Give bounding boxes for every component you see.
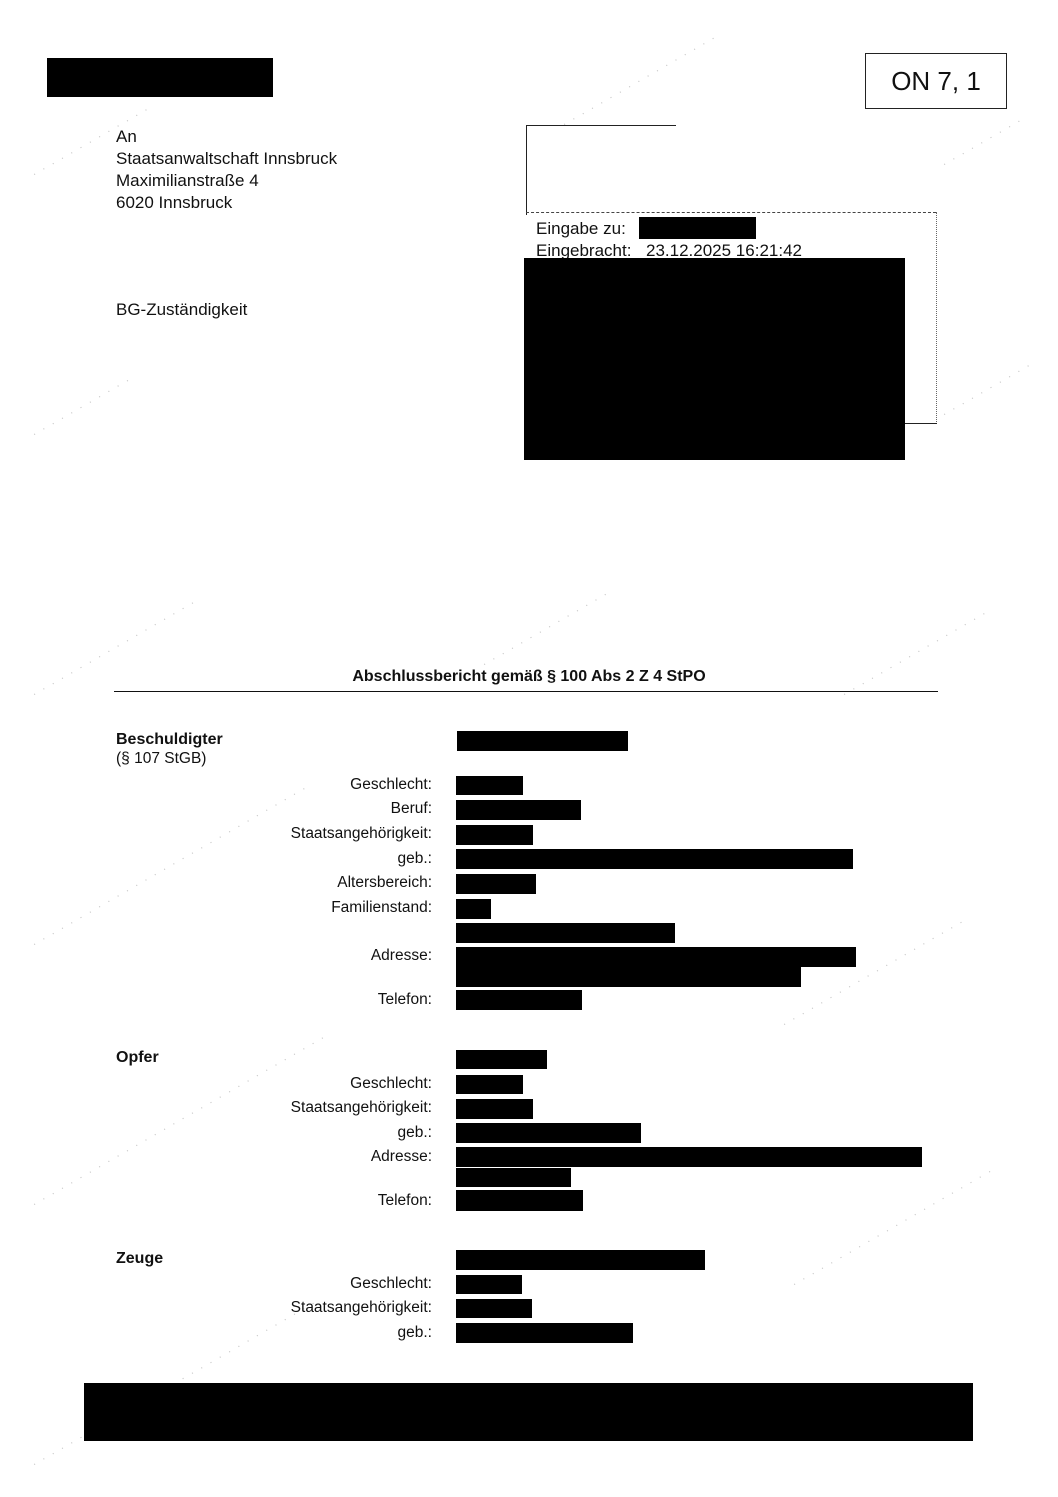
- watermark: · · · · · · · · · · · · · · · ·: [840, 607, 990, 701]
- ordnungsnummer-box: ON 7, 1: [865, 53, 1007, 109]
- stamp-eingabe-label: Eingabe zu:: [536, 218, 626, 239]
- watermark: · · · · · · · · · ·: [940, 359, 1034, 420]
- field-value-redaction: [456, 874, 536, 894]
- field-value-redaction: [456, 849, 853, 869]
- field-label: Geschlecht:: [102, 1274, 432, 1294]
- watermark: · · · · · · · · · · · · · · · · · · · ·: [780, 915, 967, 1030]
- field-label: Telefon:: [102, 990, 432, 1010]
- title-rule: [114, 691, 938, 692]
- field-value-redaction: [456, 825, 533, 845]
- field-value-redaction: [456, 947, 856, 967]
- watermark: · · · · · · · · · · · · · · · · ·: [560, 31, 719, 130]
- section-subheading-beschuldigter: (§ 107 StGB): [116, 750, 206, 768]
- section-heading-opfer: Opfer: [116, 1049, 159, 1067]
- stamp-frame: [526, 125, 676, 126]
- recipient-name: Staatsanwaltschaft Innsbruck: [116, 148, 337, 169]
- field-value-redaction: [456, 800, 581, 820]
- section-heading-beschuldigter: Beschuldigter: [116, 731, 223, 749]
- report-title: Abschlussbericht gemäß § 100 Abs 2 Z 4 S…: [0, 668, 1058, 686]
- field-label: Geschlecht:: [102, 1074, 432, 1094]
- field-value-redaction: [456, 967, 801, 987]
- field-value-redaction: [456, 1147, 922, 1167]
- field-label: Adresse:: [102, 1147, 432, 1167]
- field-label: Altersbereich:: [102, 873, 432, 893]
- watermark: · · · · · · · · · · · · · ·: [480, 587, 612, 670]
- stamp-divider: [526, 212, 936, 213]
- beschuldigter-name-redaction: [457, 731, 628, 751]
- watermark: · · · · · · · · · · · · · · · · · · · · …: [790, 1165, 996, 1291]
- field-label: geb.:: [102, 1323, 432, 1343]
- recipient-prefix: An: [116, 126, 137, 147]
- field-value-redaction: [456, 1323, 633, 1343]
- stamp-eingabe-redaction: [639, 217, 756, 239]
- watermark: · · · · · · · · · · · · · · · · · · · · …: [30, 1031, 329, 1210]
- stamp-frame: [936, 212, 937, 424]
- watermark: · · · · · · · · ·: [940, 114, 1025, 170]
- field-value-redaction: [456, 1190, 583, 1211]
- watermark: · · · · · · · · · · ·: [30, 374, 134, 441]
- sender-redaction: [47, 58, 273, 97]
- field-label: Staatsangehörigkeit:: [102, 1298, 432, 1318]
- field-value-redaction: [456, 1099, 533, 1119]
- field-value-redaction: [456, 1168, 571, 1187]
- recipient-city: 6020 Innsbruck: [116, 192, 232, 213]
- jurisdiction-note: BG-Zuständigkeit: [116, 299, 247, 320]
- field-label: Beruf:: [102, 799, 432, 819]
- recipient-street: Maximilianstraße 4: [116, 170, 259, 191]
- ordnungsnummer: ON 7, 1: [891, 66, 981, 97]
- opfer-name-redaction: [456, 1050, 547, 1069]
- field-label: Familienstand:: [102, 898, 432, 918]
- field-value-redaction: [456, 899, 491, 919]
- footer-redaction: [84, 1383, 973, 1441]
- field-label: Staatsangehörigkeit:: [102, 824, 432, 844]
- field-value-redaction: [456, 776, 523, 795]
- field-label: Adresse:: [102, 946, 432, 966]
- field-label: geb.:: [102, 849, 432, 869]
- stamp-details-redaction: [524, 258, 905, 460]
- field-value-redaction: [456, 1123, 641, 1143]
- field-value-redaction: [456, 1075, 523, 1094]
- stamp-frame: [526, 125, 527, 215]
- stamp-frame: [904, 423, 937, 424]
- field-value-redaction: [456, 1299, 532, 1318]
- field-label: Geschlecht:: [102, 775, 432, 795]
- section-heading-zeuge: Zeuge: [116, 1250, 163, 1268]
- field-value-redaction: [456, 990, 582, 1010]
- field-label: Telefon:: [102, 1191, 432, 1211]
- field-label: geb.:: [102, 1123, 432, 1143]
- field-value-redaction: [456, 1275, 522, 1294]
- field-label: Staatsangehörigkeit:: [102, 1098, 432, 1118]
- field-value-redaction: [456, 923, 675, 943]
- zeuge-name-redaction: [456, 1250, 705, 1270]
